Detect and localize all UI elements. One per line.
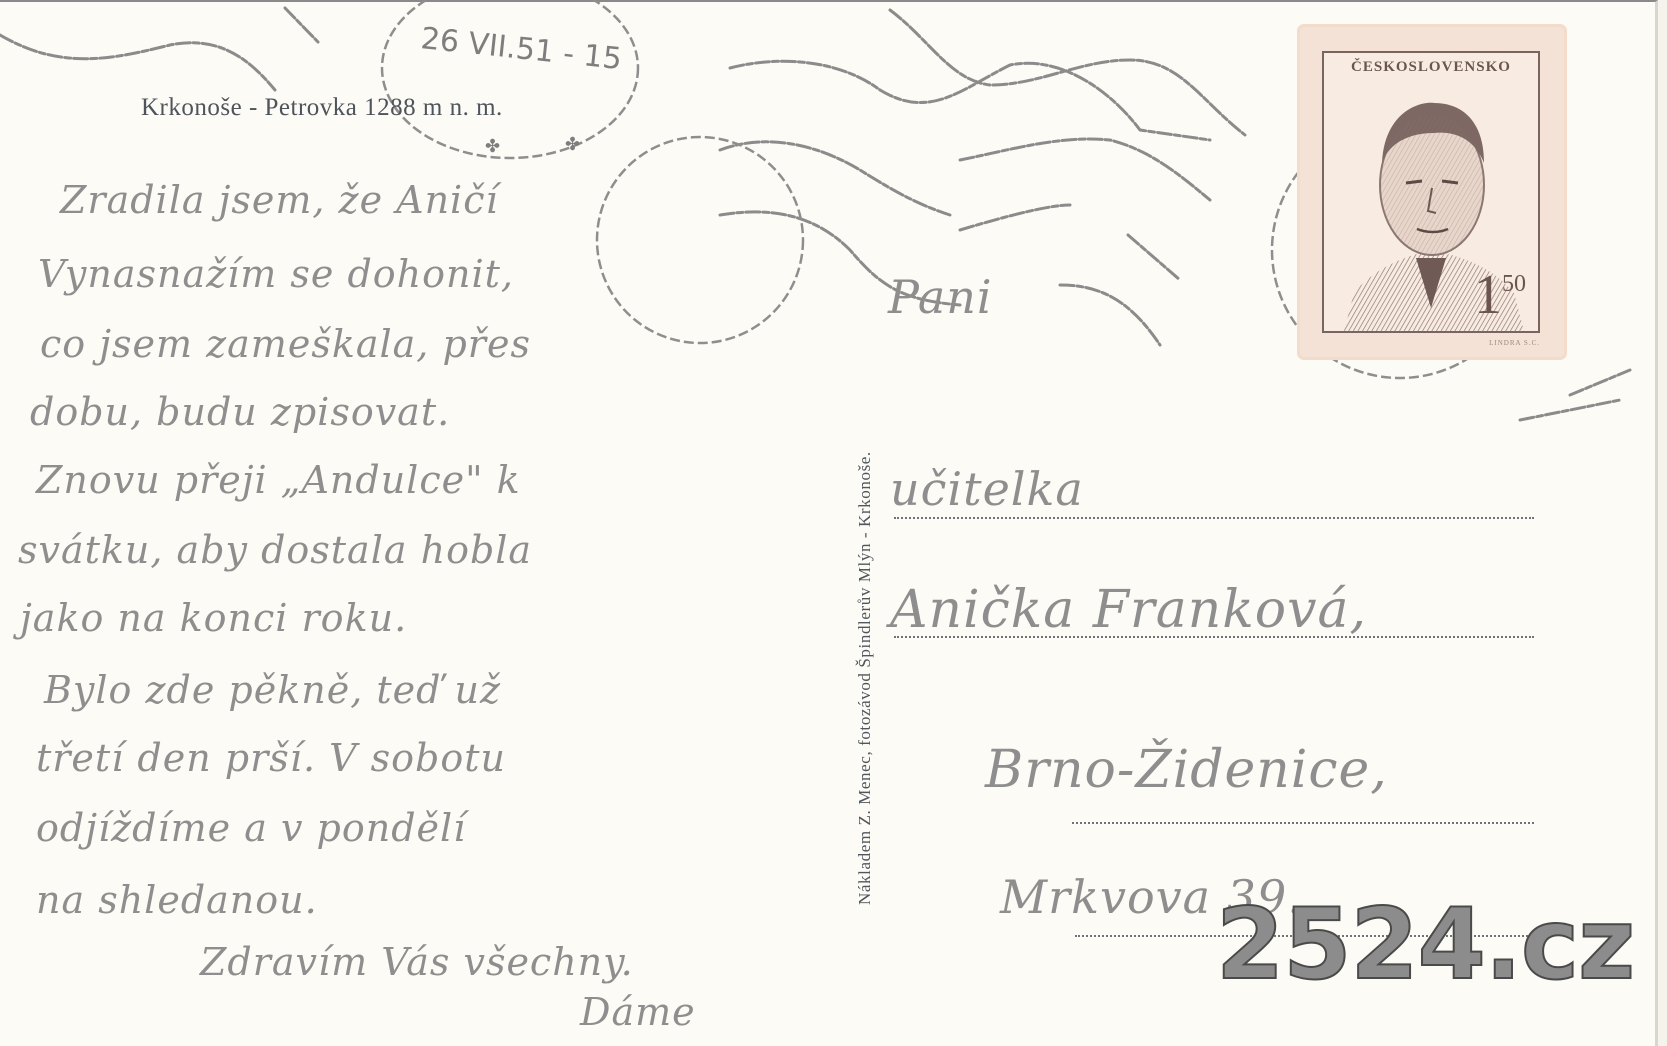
postmark-date: 26 VII.51 - 15 [419, 21, 623, 77]
site-watermark: 2524.cz [1216, 896, 1634, 994]
stamp-frame: ČESKOSLOVENSKO 150 [1322, 51, 1540, 333]
svg-text:✤: ✤ [485, 136, 500, 157]
address-line-1 [894, 517, 1534, 519]
message-line: jako na konci roku. [20, 596, 407, 640]
message-line: Zdravím Vás všechny. [200, 940, 634, 984]
address-line-2 [894, 636, 1534, 638]
address-name: Anička Franková, [890, 580, 1367, 640]
address-salutation: Pani [888, 270, 993, 324]
message-line: Vynasnažím se dohonit, [38, 252, 514, 296]
signature: Dáme [580, 990, 696, 1034]
message-line: Bylo zde pěkně, teď už [44, 668, 501, 712]
message-line: třetí den prší. V sobotu [36, 736, 506, 780]
message-line: co jsem zameškala, přes [40, 322, 531, 366]
message-line: odjíždíme a v pondělí [36, 806, 466, 850]
message-line: Zradila jsem, že Aničí [60, 178, 499, 222]
message-line: svátku, aby dostala hobla [18, 528, 532, 572]
stamp-engraver: LINDRA S.C. [1489, 339, 1540, 347]
address-city: Brno-Židenice, [985, 740, 1388, 800]
address-line-3 [1072, 822, 1534, 824]
message-line: dobu, budu zpisovat. [30, 390, 450, 434]
address-title: učitelka [890, 462, 1084, 516]
card-caption: Krkonoše - Petrovka 1288 m n. m. [141, 94, 503, 122]
svg-text:✤: ✤ [565, 134, 580, 155]
message-line: Znovu přeji „Andulce" k [36, 458, 521, 502]
postage-stamp: ČESKOSLOVENSKO 150 LINDRA S.C. [1300, 27, 1564, 357]
message-line: na shledanou. [36, 878, 318, 922]
stamp-value: 150 [1474, 267, 1526, 323]
publisher-imprint: Nákladem Z. Menec, fotozávod Špindlerův … [855, 451, 875, 905]
